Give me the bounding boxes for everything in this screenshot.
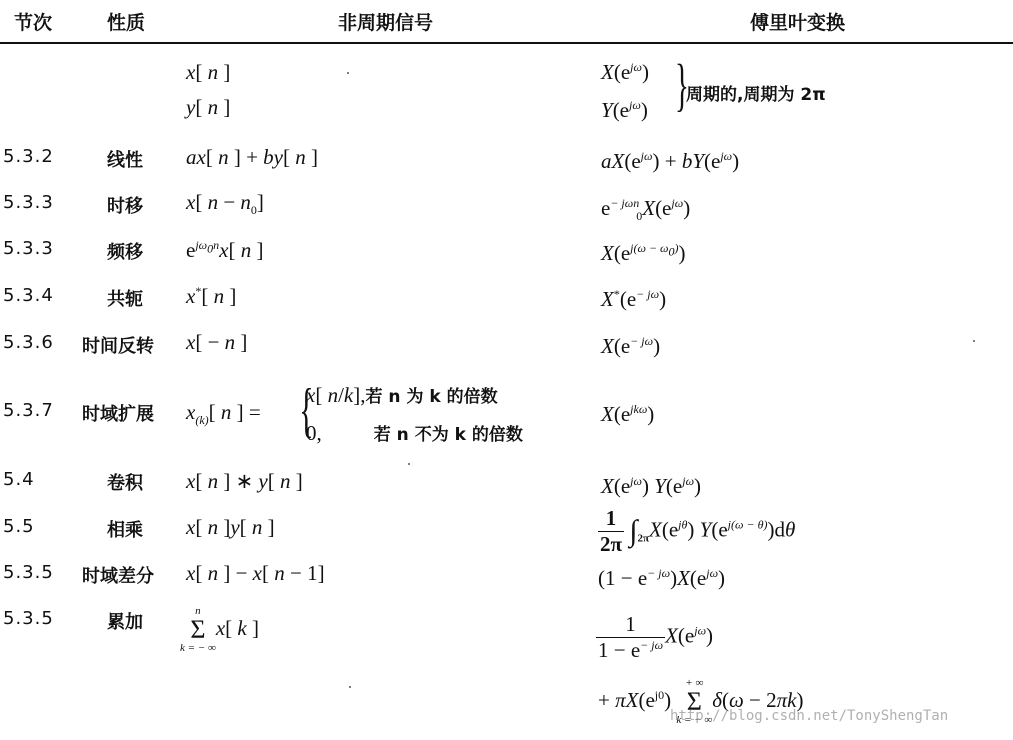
header-transform: 傅里叶变换 (750, 8, 845, 35)
section-number: 5.3.5 (3, 562, 54, 583)
property-name: 共轭 (107, 285, 143, 311)
section-number: 5.3.2 (3, 146, 54, 167)
section-number: 5.5 (3, 516, 35, 537)
section-number: 5.3.3 (3, 192, 54, 213)
case-multiple: x[ n/k],若 n 为 k 的倍数 (306, 382, 498, 408)
transform-expr: X*(e− jω) (601, 287, 666, 312)
property-name: 线性 (107, 146, 143, 172)
header-signal: 非周期信号 (338, 8, 433, 35)
scan-speck (347, 72, 349, 74)
section-number: 5.3.4 (3, 285, 54, 306)
transform-expr: (1 − e− jω)X(ejω) (598, 566, 725, 591)
signal-expr: x[ n ] ∗ y[ n ] (186, 469, 303, 494)
case-not-multiple: 0,若 n 不为 k 的倍数 (306, 420, 523, 446)
transform-expr: X(ejkω) (601, 402, 654, 427)
signal-expr: nΣk = − ∞x[ k ] (180, 606, 259, 654)
property-name: 累加 (107, 608, 143, 634)
property-name: 频移 (107, 238, 143, 264)
property-name: 时间反转 (82, 332, 154, 358)
scan-speck (349, 686, 351, 688)
signal-expr: ejω0nx[ n ] (186, 238, 263, 263)
section-number: 5.3.5 (3, 608, 54, 629)
header-property: 性质 (107, 8, 145, 35)
transform-expr: X(ejω) Y(ejω) (601, 474, 701, 499)
property-name: 时域差分 (82, 562, 154, 588)
section-number: 5.4 (3, 469, 35, 490)
section-number: 5.3.3 (3, 238, 54, 259)
section-number: 5.3.6 (3, 332, 54, 353)
transform-expr: X(ej(ω − ω0)) (601, 241, 686, 266)
transform-Y: Y(ejω) (601, 98, 648, 123)
transform-expr: aX(ejω) + bY(ejω) (601, 149, 739, 174)
property-name: 相乘 (107, 516, 143, 542)
section-number: 5.3.7 (3, 400, 54, 421)
signal-y: y[ n ] (186, 95, 230, 120)
header-section: 节次 (14, 8, 52, 35)
scan-speck (408, 463, 410, 465)
property-name: 时域扩展 (82, 400, 154, 426)
signal-expr: x[ n ]y[ n ] (186, 515, 275, 540)
scan-speck (973, 340, 975, 342)
transform-expr: 12π ∫2πX(ejθ) Y(ej(ω − θ))dθ (598, 506, 795, 557)
signal-x: x[ n ] (186, 60, 230, 85)
periodic-note: 周期的,周期为 2π (686, 80, 826, 105)
signal-expr: x*[ n ] (186, 284, 236, 309)
transform-expr-part1: 11 − e− jωX(ejω) (596, 612, 713, 663)
signal-expr: x[ − n ] (186, 330, 247, 355)
transform-expr: X(e− jω) (601, 334, 660, 359)
property-name: 卷积 (107, 469, 143, 495)
transform-expr: e− jωn0X(ejω) (601, 196, 690, 224)
header-rule (0, 42, 1013, 44)
signal-expr: x[ n − n0] (186, 190, 264, 218)
property-name: 时移 (107, 192, 143, 218)
transform-X: X(ejω) (601, 60, 649, 85)
signal-expr: x[ n ] − x[ n − 1] (186, 561, 325, 586)
signal-expr: ax[ n ] + by[ n ] (186, 145, 318, 170)
watermark: http://blog.csdn.net/TonyShengTan (670, 708, 948, 724)
signal-expr: x(k)[ n ] = (186, 400, 261, 428)
